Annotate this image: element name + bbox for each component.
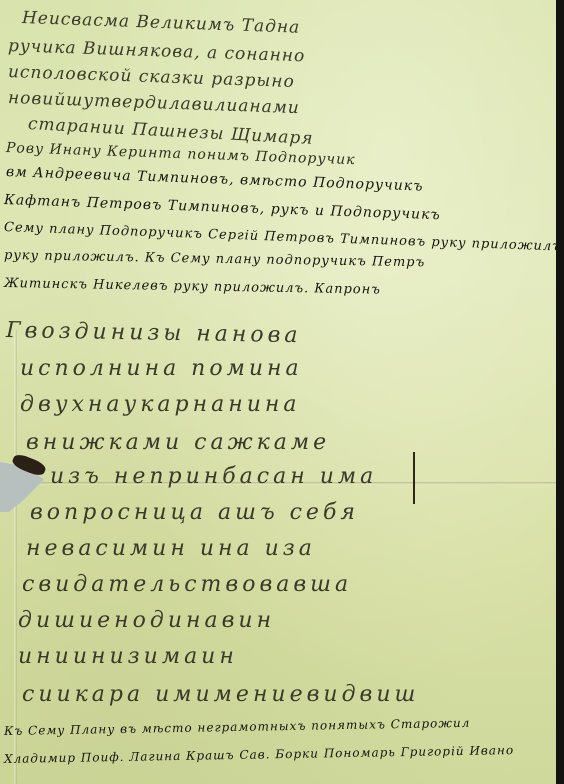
page-edge-shadow <box>556 0 564 784</box>
manuscript-line-23: Къ Сему Плану въ мѣсто неграмотныхъ поня… <box>4 716 471 738</box>
manuscript-line-24: Хладимир Поиф. Лагина Крашъ Сав. Борки П… <box>4 743 514 766</box>
manuscript-line-20: дишиенодинавин <box>18 608 275 633</box>
manuscript-line-4: новийшутвердилавилианами <box>8 88 300 118</box>
vertical-fold-crease <box>14 330 17 784</box>
manuscript-line-2: ручика Вишнякова, а сонанно <box>8 36 306 66</box>
manuscript-line-21: иниинизимаин <box>18 644 238 669</box>
manuscript-line-13: исполнина помина <box>20 356 303 381</box>
manuscript-line-10: руку приложилъ. Къ Сему плану подпоручик… <box>4 248 425 270</box>
paper-crack <box>413 452 415 504</box>
manuscript-page: Неисвасма Великимъ Тадна ручика Вишняков… <box>0 0 556 784</box>
manuscript-line-19: свидательствовавша <box>22 572 352 597</box>
manuscript-line-14: двухнаукарнанина <box>20 392 301 417</box>
manuscript-line-16: изъ непринбасан има <box>50 464 377 489</box>
manuscript-line-1: Неисвасма Великимъ Тадна <box>22 8 301 38</box>
manuscript-line-18: невасимин ина иза <box>26 536 316 561</box>
manuscript-line-3: исполовской сказки разрыно <box>8 62 295 92</box>
manuscript-line-12: Гвоздинизы нанова <box>6 318 302 348</box>
manuscript-line-11: Житинскъ Никелевъ руку приложилъ. Капрон… <box>4 276 381 298</box>
manuscript-line-17: вопросница ашъ себя <box>30 500 359 525</box>
manuscript-line-15: внижками сажкаме <box>26 430 330 455</box>
manuscript-line-8: Кафтанъ Петровъ Тимпиновъ, рукъ и Подпор… <box>4 192 441 223</box>
manuscript-line-22: сиикара имимениевидвиш <box>22 682 419 707</box>
manuscript-line-7: вм Андреевича Тимпиновъ, вмѣсто Подпоруч… <box>6 164 424 195</box>
